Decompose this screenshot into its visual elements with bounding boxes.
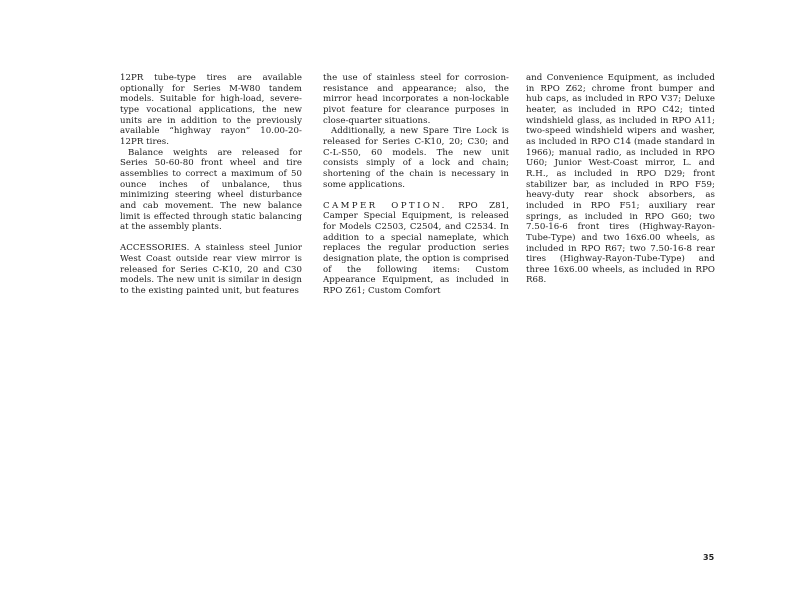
- paragraph-camper-items: and Convenience Equipment, as included i…: [526, 73, 715, 286]
- text-column-2: the use of stainless steel for corrosion…: [323, 73, 509, 297]
- paragraph-camper-option: CAMPER OPTION. RPO Z81, Camper Special E…: [323, 201, 509, 297]
- camper-option-body: RPO Z81, Camper Special Equipment, is re…: [323, 201, 509, 296]
- paragraph-spare-tire-lock: Additionally, a new Spare Tire Lock is r…: [323, 126, 509, 190]
- camper-option-heading: CAMPER OPTION.: [323, 201, 447, 211]
- page-number: 35: [703, 553, 714, 562]
- paragraph-accessories: ACCESSORIES. A stainless steel Junior We…: [120, 243, 302, 296]
- text-column-1: 12PR tube-type tires are available optio…: [120, 73, 302, 297]
- text-column-3: and Convenience Equipment, as included i…: [526, 73, 715, 286]
- paragraph-tires-option: 12PR tube-type tires are available optio…: [120, 73, 302, 148]
- document-page: 12PR tube-type tires are available optio…: [0, 0, 792, 612]
- paragraph-balance-weights: Balance weights are released for Series …: [120, 148, 302, 233]
- paragraph-mirror-continued: the use of stainless steel for corrosion…: [323, 73, 509, 126]
